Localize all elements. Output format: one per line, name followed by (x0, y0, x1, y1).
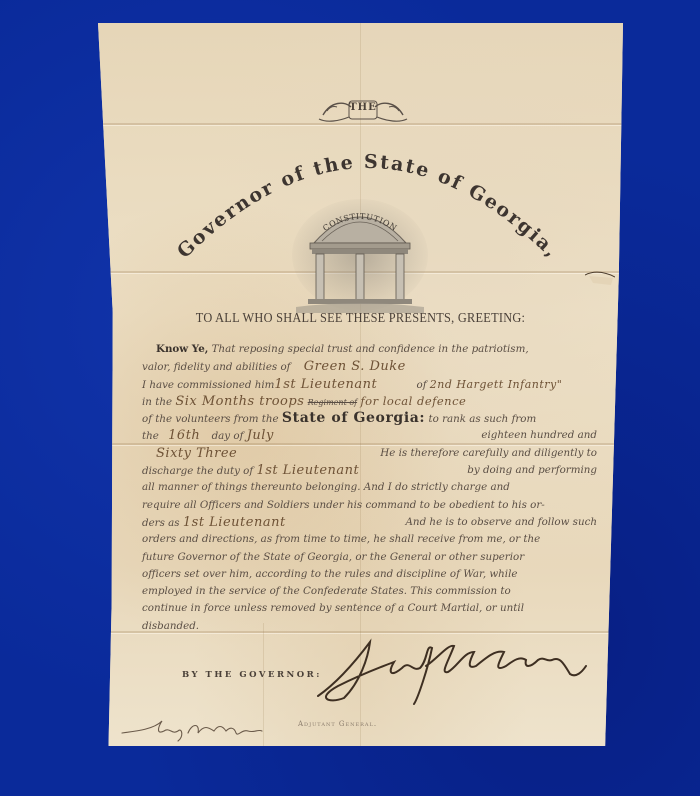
body-line: require all Officers and Soldiers under … (142, 497, 597, 514)
adjutant-general-signature (118, 713, 268, 743)
struck-text: Regiment of (308, 398, 357, 407)
body-line: I have commissioned him1st Lieutenant of… (142, 376, 597, 393)
body-line: Sixty Three He is therefore carefully an… (142, 445, 597, 462)
state-of-georgia-text: State of Georgia: (282, 410, 425, 426)
constitution-arch-vignette: CONSTITUTION (290, 195, 430, 315)
paper-tear (585, 271, 615, 285)
body-line: continue in force unless removed by sent… (142, 600, 597, 617)
body-line: discharge the duty of 1st Lieutenant by … (142, 462, 597, 479)
know-ye-text: Know Ye, (156, 343, 208, 355)
body-line: the 16th day of July eighteen hundred an… (142, 427, 597, 444)
handwritten-unit: 2nd Hargett Infantry" (430, 378, 563, 391)
body-line: orders and directions, as from time to t… (142, 531, 597, 548)
body-line: disbanded. (142, 618, 597, 635)
body-line: ders as 1st Lieutenant And he is to obse… (142, 514, 597, 531)
handwritten-troops: Six Months troops (175, 394, 304, 409)
handwritten-year: Sixty Three (142, 445, 237, 462)
body-line: valor, fidelity and abilities of Green S… (142, 358, 597, 375)
commission-body: Know Ye, That reposing special trust and… (142, 341, 597, 635)
body-line: all manner of things thereunto belonging… (142, 479, 597, 496)
handwritten-duty-rank: 1st Lieutenant (256, 463, 359, 478)
body-line: officers set over him, according to the … (142, 566, 597, 583)
adjutant-general-label: Adjutant General. (298, 720, 377, 728)
handwritten-orders-rank: 1st Lieutenant (183, 515, 286, 530)
body-line: in the Six Months troops Regiment of for… (142, 393, 597, 410)
handwritten-day: 16th (168, 428, 200, 443)
handwritten-month: July (247, 428, 274, 443)
handwritten-name: Green S. Duke (304, 359, 406, 374)
body-line: Know Ye, That reposing special trust and… (142, 341, 597, 358)
handwritten-defence: for local defence (360, 394, 466, 408)
commission-document: THE Governor of the State of Georgia, CO… (98, 23, 623, 746)
body-line: employed in the service of the Confedera… (142, 583, 597, 600)
handwritten-rank: 1st Lieutenant (274, 377, 377, 392)
body-line: future Governor of the State of Georgia,… (142, 549, 597, 566)
greeting-heading: TO ALL WHO SHALL SEE THESE PRESENTS, GRE… (130, 311, 592, 327)
body-line: of the volunteers from the State of Geor… (142, 410, 597, 427)
governor-signature (298, 638, 588, 708)
